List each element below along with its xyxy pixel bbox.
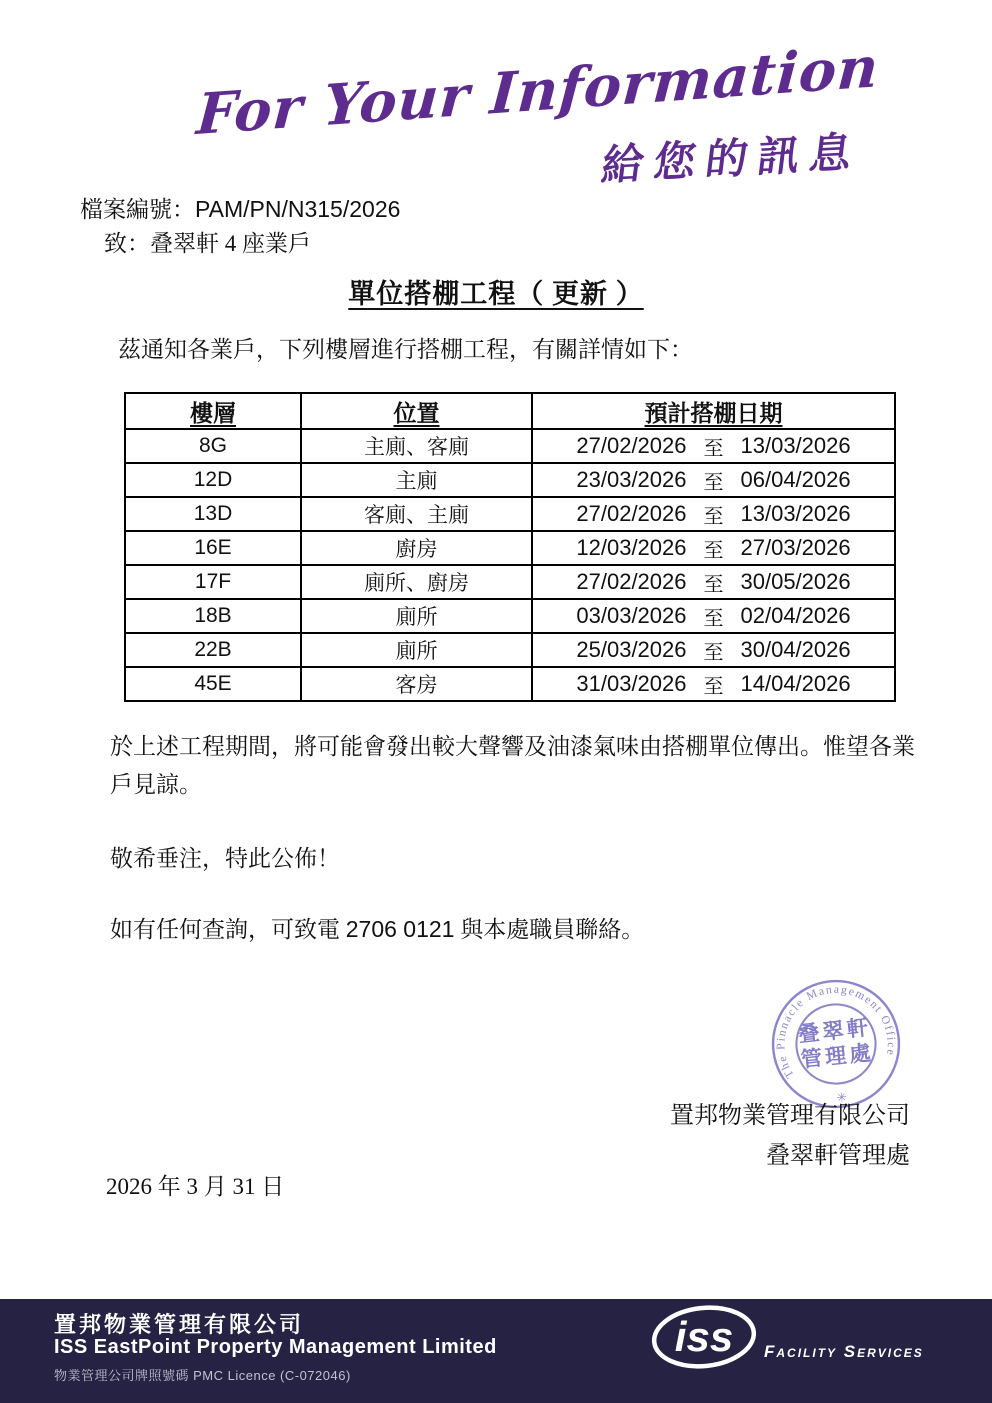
footer-band: 置邦物業管理有限公司 ISS EastPoint Property Manage… bbox=[0, 1299, 992, 1403]
notice-title: 單位搭棚工程（ 更新 ） bbox=[0, 272, 992, 311]
header-dates: 預計搭棚日期 bbox=[532, 393, 895, 429]
header-location: 位置 bbox=[301, 393, 532, 429]
start-date: 27/02/2026 bbox=[576, 501, 686, 527]
date-separator: 至 bbox=[704, 636, 724, 665]
floor-cell: 18B bbox=[125, 599, 301, 633]
table-row: 18B 廁所 03/03/2026 至 02/04/2026 bbox=[125, 599, 895, 633]
table-row: 45E 客房 31/03/2026 至 14/04/2026 bbox=[125, 667, 895, 701]
noise-notice-paragraph: 於上述工程期間，將可能會發出較大聲響及油漆氣味由搭棚單位傳出。惟望各業戶見諒。 bbox=[110, 728, 922, 804]
table-row: 22B 廁所 25/03/2026 至 30/04/2026 bbox=[125, 633, 895, 667]
floor-cell: 16E bbox=[125, 531, 301, 565]
dates-cell: 23/03/2026 至 06/04/2026 bbox=[532, 463, 895, 497]
iss-logo-text: iss bbox=[675, 1313, 733, 1360]
file-number-line: 檔案編號：PAM/PN/N315/2026 bbox=[80, 191, 400, 224]
end-date: 02/04/2026 bbox=[741, 603, 851, 629]
end-date: 06/04/2026 bbox=[741, 467, 851, 493]
table-row: 12D 主廁 23/03/2026 至 06/04/2026 bbox=[125, 463, 895, 497]
end-date: 13/03/2026 bbox=[741, 433, 851, 459]
dates-cell: 27/02/2026 至 30/05/2026 bbox=[532, 565, 895, 599]
dates-cell: 27/02/2026 至 13/03/2026 bbox=[532, 497, 895, 531]
location-cell: 客廁、主廁 bbox=[301, 497, 532, 531]
floor-cell: 8G bbox=[125, 429, 301, 463]
date-separator: 至 bbox=[704, 670, 724, 699]
dates-cell: 25/03/2026 至 30/04/2026 bbox=[532, 633, 895, 667]
footer-company-chinese: 置邦物業管理有限公司 bbox=[54, 1308, 304, 1339]
scaffolding-schedule-table: 樓層 位置 預計搭棚日期 8G 主廁、客廁 27/02/2026 至 13/03… bbox=[124, 392, 896, 702]
location-cell: 主廁 bbox=[301, 463, 532, 497]
end-date: 27/03/2026 bbox=[741, 535, 851, 561]
dates-cell: 12/03/2026 至 27/03/2026 bbox=[532, 531, 895, 565]
end-date: 14/04/2026 bbox=[741, 671, 851, 697]
start-date: 31/03/2026 bbox=[576, 671, 686, 697]
location-cell: 客房 bbox=[301, 667, 532, 701]
location-cell: 主廁、客廁 bbox=[301, 429, 532, 463]
attention-paragraph: 敬希垂注，特此公佈！ bbox=[110, 840, 922, 878]
table-row: 17F 廁所、廚房 27/02/2026 至 30/05/2026 bbox=[125, 565, 895, 599]
table-row: 13D 客廁、主廁 27/02/2026 至 13/03/2026 bbox=[125, 497, 895, 531]
floor-cell: 22B bbox=[125, 633, 301, 667]
start-date: 23/03/2026 bbox=[576, 467, 686, 493]
date-separator: 至 bbox=[704, 466, 724, 495]
start-date: 27/02/2026 bbox=[576, 433, 686, 459]
start-date: 03/03/2026 bbox=[576, 603, 686, 629]
footer-company-english: ISS EastPoint Property Management Limite… bbox=[54, 1336, 497, 1359]
phone-number: 2706 0121 bbox=[346, 916, 455, 942]
date-separator: 至 bbox=[704, 432, 724, 461]
end-date: 30/04/2026 bbox=[741, 637, 851, 663]
issue-date: 2026 年 3 月 31 日 bbox=[106, 1168, 284, 1201]
location-cell: 廁所、廚房 bbox=[301, 565, 532, 599]
start-date: 12/03/2026 bbox=[576, 535, 686, 561]
dates-cell: 03/03/2026 至 02/04/2026 bbox=[532, 599, 895, 633]
contact-paragraph: 如有任何查詢，可致電 2706 0121 與本處職員聯絡。 bbox=[110, 910, 922, 949]
table-row: 16E 廚房 12/03/2026 至 27/03/2026 bbox=[125, 531, 895, 565]
file-number-label: 檔案編號： bbox=[80, 197, 195, 222]
contact-text-before: 如有任何查詢，可致電 bbox=[110, 917, 346, 942]
iss-logo-tagline: Facility Services bbox=[764, 1342, 924, 1362]
dates-cell: 27/02/2026 至 13/03/2026 bbox=[532, 429, 895, 463]
location-cell: 廁所 bbox=[301, 633, 532, 667]
notice-page: For Your Information 給您的訊息 檔案編號：PAM/PN/N… bbox=[0, 0, 992, 1403]
location-cell: 廁所 bbox=[301, 599, 532, 633]
dates-cell: 31/03/2026 至 14/04/2026 bbox=[532, 667, 895, 701]
floor-cell: 45E bbox=[125, 667, 301, 701]
start-date: 27/02/2026 bbox=[576, 569, 686, 595]
signature-company: 置邦物業管理有限公司 bbox=[410, 1096, 910, 1136]
signature-block: 置邦物業管理有限公司 叠翠軒管理處 bbox=[410, 1096, 910, 1176]
table-row: 8G 主廁、客廁 27/02/2026 至 13/03/2026 bbox=[125, 429, 895, 463]
date-separator: 至 bbox=[704, 568, 724, 597]
recipient-line: 致：叠翠軒 4 座業戶 bbox=[104, 225, 311, 258]
date-separator: 至 bbox=[704, 500, 724, 529]
intro-paragraph: 茲通知各業戶，下列樓層進行搭棚工程，有關詳情如下： bbox=[118, 331, 693, 364]
signature-office: 叠翠軒管理處 bbox=[410, 1136, 910, 1176]
end-date: 30/05/2026 bbox=[741, 569, 851, 595]
footer-licence: 物業管理公司牌照號碼 PMC Licence (C-072046) bbox=[54, 1365, 351, 1384]
header-floor: 樓層 bbox=[125, 393, 301, 429]
schedule-table-body: 8G 主廁、客廁 27/02/2026 至 13/03/2026 12D 主廁 … bbox=[125, 429, 895, 701]
floor-cell: 12D bbox=[125, 463, 301, 497]
iss-logo: iss bbox=[650, 1304, 762, 1372]
date-separator: 至 bbox=[704, 534, 724, 563]
start-date: 25/03/2026 bbox=[576, 637, 686, 663]
floor-cell: 13D bbox=[125, 497, 301, 531]
file-number-value: PAM/PN/N315/2026 bbox=[195, 196, 400, 222]
fyi-script-chinese: 給您的訊息 bbox=[598, 119, 865, 193]
date-separator: 至 bbox=[704, 602, 724, 631]
floor-cell: 17F bbox=[125, 565, 301, 599]
location-cell: 廚房 bbox=[301, 531, 532, 565]
end-date: 13/03/2026 bbox=[741, 501, 851, 527]
table-header-row: 樓層 位置 預計搭棚日期 bbox=[125, 393, 895, 429]
contact-text-after: 與本處職員聯絡。 bbox=[454, 917, 644, 942]
